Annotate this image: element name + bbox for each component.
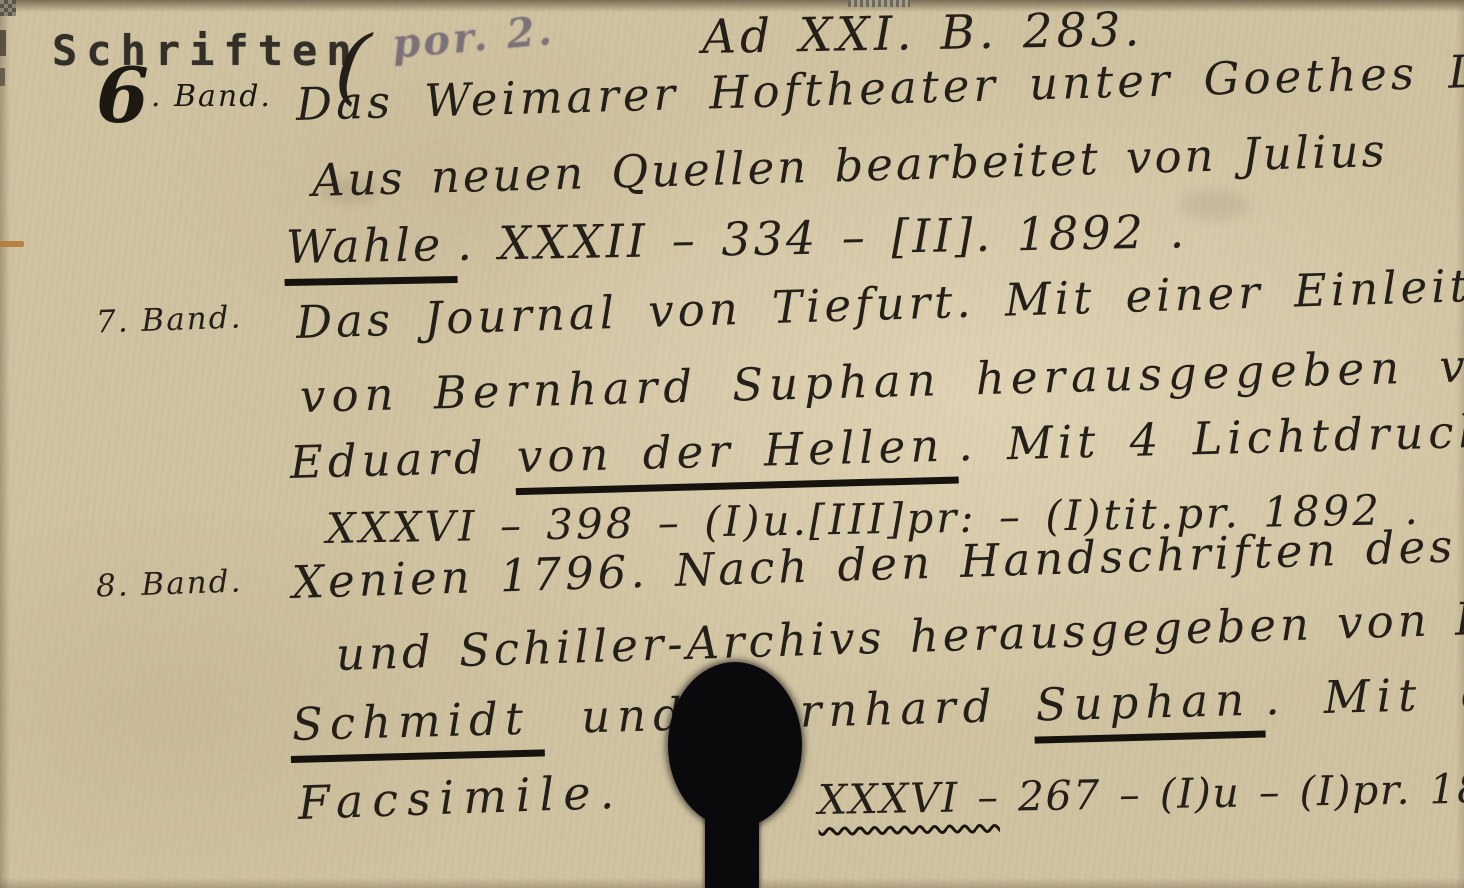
entry-6-citation-rest: . XXXII – 334 – [II]. 1892 . — [457, 204, 1188, 271]
entry-8-editor-1-underlined: Schmidt — [289, 691, 545, 763]
entry-8-citation: XXXVI – 267 – (I)u – (I)pr. 1893 — [818, 763, 1464, 824]
band-label-8: 8. Band. — [95, 563, 243, 604]
band-word-7: . Band. — [117, 299, 243, 339]
catalog-card-scan: Schriften ( por. 2. Ad XXI. B. 283. 6 . … — [0, 0, 1464, 888]
entry-7-editor-suffix: . Mit 4 Lichtdrucken — [957, 403, 1464, 472]
scan-edge-left — [0, 0, 10, 888]
pencil-note: por. 2. — [390, 7, 556, 68]
scan-corner-artifact — [0, 0, 16, 16]
edge-ink-mark — [0, 30, 6, 56]
band-word-6: . Band. — [151, 79, 272, 114]
entry-7-editor-prefix: Eduard — [289, 430, 517, 489]
band-number-6: 6 — [96, 62, 149, 130]
band-number-7: 7 — [95, 304, 118, 341]
band-word-8: . Band. — [117, 563, 243, 603]
band-number-8: 8 — [95, 568, 118, 605]
band-label-7: 7. Band. — [95, 299, 243, 340]
entry-6-author-underlined: Wahle — [284, 217, 458, 286]
entry-8-editor-2-underlined: Suphan — [1033, 673, 1266, 744]
ink-smudge — [1180, 190, 1250, 220]
entry-8-citation-rest: 267 – (I)u – (I)pr. 1893 — [999, 763, 1464, 820]
entry-8-editors-suffix: . Mit einem — [1264, 663, 1464, 726]
entry-8-citation-underlined: XXXVI – — [818, 773, 1000, 824]
entry-7-editor-underlined: von der Hellen — [514, 419, 959, 496]
entry-8-facsimile: Facsimile. — [297, 765, 624, 830]
edge-orange-mark — [0, 241, 24, 247]
hole-punch-oval — [668, 662, 802, 828]
edge-ink-mark — [0, 68, 5, 86]
entry-6-citation: Wahle. XXXII – 334 – [II]. 1892 . — [286, 204, 1188, 274]
band-label-6: 6 . Band. — [96, 62, 272, 130]
hole-punch-stem — [705, 806, 759, 888]
